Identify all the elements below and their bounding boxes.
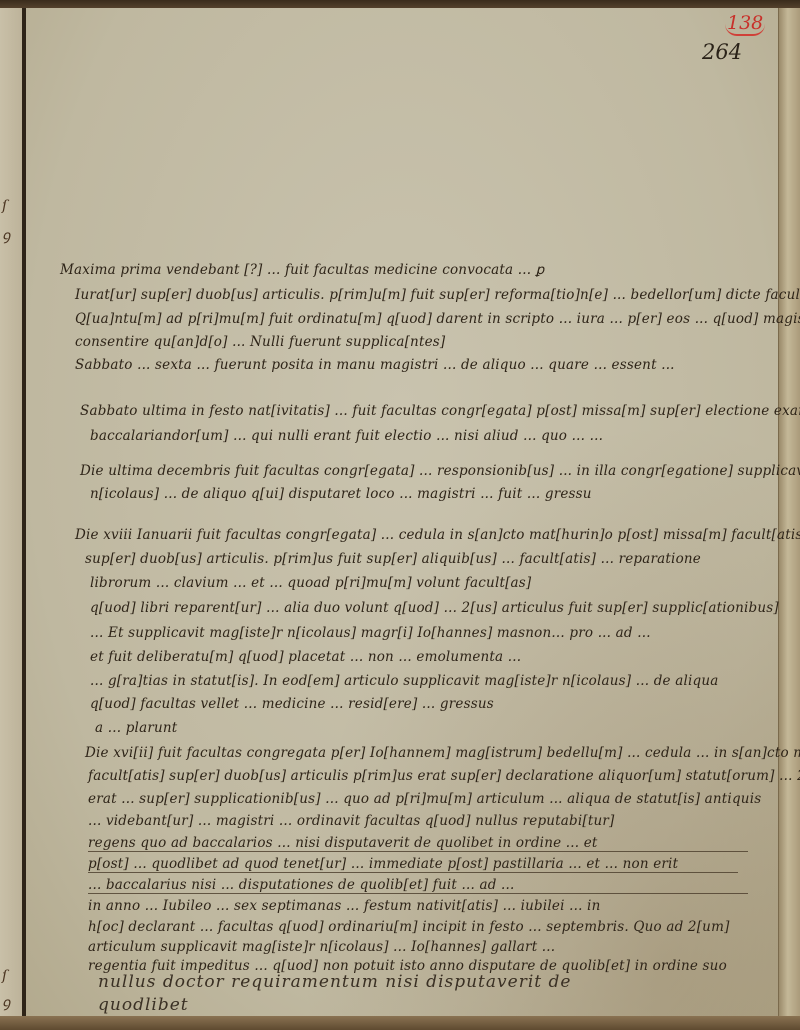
facing-page-mark: ſ bbox=[2, 198, 7, 214]
text-line: Die xvi[ii] fuit facultas congregata p[e… bbox=[85, 745, 800, 761]
text-line: Sabbato ultima in festo nat[ivitatis] ..… bbox=[80, 403, 800, 419]
text-line: ... baccalarius nisi ... disputationes d… bbox=[88, 877, 515, 893]
folio-number-red: 138 bbox=[725, 12, 765, 36]
folio-number-black: 264 bbox=[702, 40, 742, 64]
text-line: p[ost] ... quodlibet ad quod tenet[ur] .… bbox=[88, 856, 678, 872]
text-line: Maxima prima vendebant [?] ... fuit facu… bbox=[60, 262, 544, 278]
underline-rule bbox=[88, 893, 748, 894]
text-line: Die xviii Ianuarii fuit facultas congr[e… bbox=[75, 527, 800, 543]
text-line: q[uod] facultas vellet ... medicine ... … bbox=[90, 696, 494, 712]
text-line: regens quo ad baccalarios ... nisi dispu… bbox=[88, 835, 598, 851]
text-line: h[oc] declarant ... facultas q[uod] ordi… bbox=[88, 919, 730, 935]
text-line: n[icolaus] ... de aliquo q[ui] disputare… bbox=[90, 486, 592, 502]
text-line: Die ultima decembris fuit facultas congr… bbox=[80, 463, 800, 479]
text-line: a ... plarunt bbox=[95, 720, 177, 736]
text-line: articulum supplicavit mag[iste]r n[icola… bbox=[88, 939, 555, 955]
facing-page-mark: ꝯ bbox=[2, 993, 10, 1012]
facing-page-mark: ſ bbox=[2, 968, 7, 984]
text-line: ... videbant[ur] ... magistri ... ordina… bbox=[88, 813, 615, 829]
facing-page-edge: ſ ꝯ ſ ꝯ bbox=[0, 8, 23, 1018]
text-line: facult[atis] sup[er] duob[us] articulis … bbox=[88, 768, 800, 784]
page-stack-edge bbox=[778, 8, 800, 1018]
underline-rule bbox=[88, 872, 738, 873]
text-line: consentire qu[an]d[o] ... Nulli fuerunt … bbox=[75, 334, 445, 350]
text-line-later-hand: quodlibet bbox=[98, 995, 189, 1015]
text-line-later-hand: nullus doctor requiramentum nisi disputa… bbox=[98, 972, 571, 992]
text-line: et fuit deliberatu[m] q[uod] placetat ..… bbox=[90, 649, 521, 665]
text-line: ... Et supplicavit mag[iste]r n[icolaus]… bbox=[90, 625, 651, 641]
text-line: erat ... sup[er] supplicationib[us] ... … bbox=[88, 791, 761, 807]
text-line: Iurat[ur] sup[er] duob[us] articulis. p[… bbox=[75, 287, 800, 303]
facing-page-mark: ꝯ bbox=[2, 226, 10, 245]
text-line: librorum ... clavium ... et ... quoad p[… bbox=[90, 575, 531, 591]
book-bottom-edge bbox=[0, 1016, 800, 1030]
text-line: baccalariandor[um] ... qui nulli erant f… bbox=[90, 428, 603, 444]
underline-rule bbox=[88, 851, 748, 852]
text-line: in anno ... Iubileo ... sex septimanas .… bbox=[88, 898, 600, 914]
text-line: q[uod] libri reparent[ur] ... alia duo v… bbox=[90, 600, 779, 616]
text-line: Q[ua]ntu[m] ad p[ri]mu[m] fuit ordinatu[… bbox=[75, 311, 800, 327]
text-line: ... g[ra]tias in statut[is]. In eod[em] … bbox=[90, 673, 719, 689]
text-line: sup[er] duob[us] articulis. p[rim]us fui… bbox=[85, 551, 701, 567]
text-line: Sabbato ... sexta ... fuerunt posita in … bbox=[75, 357, 675, 373]
